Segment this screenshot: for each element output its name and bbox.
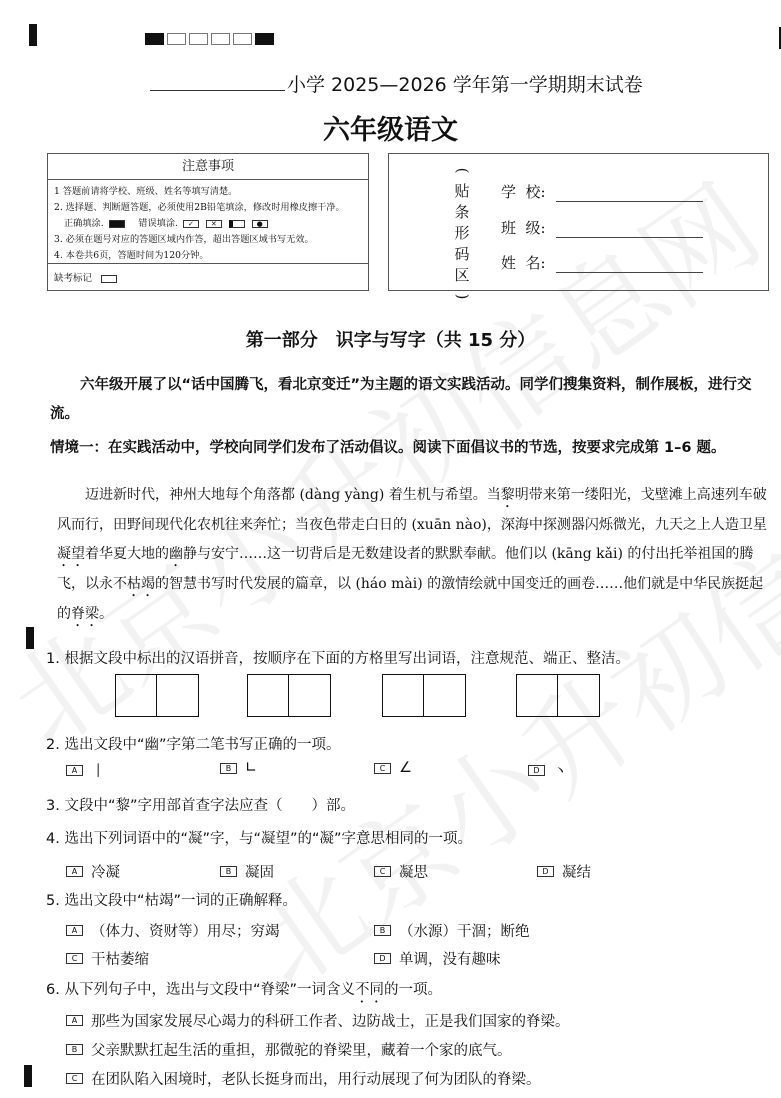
- alignment-mark: [24, 1065, 32, 1087]
- question-4: 4. 选出下列词语中的“凝”字，与“凝望”的“凝”字意思相同的一项。: [46, 827, 472, 848]
- class-input[interactable]: [556, 223, 703, 238]
- correct-fill-icon: [109, 220, 125, 228]
- school-input[interactable]: [556, 187, 703, 202]
- name-field: 姓 名:: [501, 252, 703, 273]
- option-2b[interactable]: B∟: [220, 760, 257, 776]
- subject-title: 六年级语文: [0, 108, 781, 147]
- option-6c[interactable]: C在团队陷入困境时，老队长挺身而出，用行动展现了何为团队的脊梁。: [66, 1068, 541, 1089]
- answer-grid-1[interactable]: [115, 674, 199, 717]
- option-4c[interactable]: C凝思: [374, 861, 428, 882]
- answer-grid-3[interactable]: [382, 674, 466, 717]
- name-input[interactable]: [556, 258, 703, 273]
- school-field: 学 校:: [501, 181, 703, 202]
- exam-title: 小学 2025—2026 学年第一学期期末试卷: [150, 70, 643, 97]
- notice-box: 注意事项 1 答题前请将学校、班级、姓名等填写清楚。 2. 选择题、判断题答题，…: [47, 153, 369, 291]
- wrong-cross-icon: ✕: [206, 220, 222, 228]
- option-5a[interactable]: A（体力、资财等）用尽；穷竭: [66, 920, 280, 941]
- option-5b[interactable]: B（水源）干涸；断绝: [374, 920, 530, 941]
- wrong-check-icon: ✓: [183, 220, 199, 228]
- option-4b[interactable]: B凝固: [220, 861, 274, 882]
- fill-example: 正确填涂. 错误填涂. ✓ ✕ ●: [54, 216, 362, 232]
- question-6: 6. 从下列句子中，选出与文段中“脊梁”一词含义不同的一项。: [46, 978, 442, 1006]
- class-field: 班 级:: [501, 217, 703, 238]
- absent-mark: 缺考标记: [48, 264, 368, 290]
- wrong-dot-icon: ●: [252, 220, 268, 228]
- notice-heading: 注意事项: [48, 154, 368, 180]
- notice-item: 2. 选择题、判断题答题，必须使用2B铅笔填涂，修改时用橡皮擦干净。: [54, 200, 362, 216]
- option-6b[interactable]: B父亲默默扛起生活的重担，那微驼的脊梁里，藏着一个家的底气。: [66, 1039, 512, 1060]
- absent-checkbox[interactable]: [101, 275, 117, 283]
- option-4d[interactable]: D凝结: [537, 861, 591, 882]
- alignment-mark: [26, 627, 34, 649]
- section-intro: 六年级开展了以“话中国腾飞，看北京变迁”为主题的语文实践活动。同学们搜集资料，制…: [50, 371, 765, 429]
- question-3: 3. 文段中“黎”字用部首查字法应查（ ）部。: [46, 794, 355, 815]
- notice-item: 3. 必须在题号对应的答题区域内作答，超出答题区域书写无效。: [54, 232, 362, 248]
- notice-item: 1 答题前请将学校、班级、姓名等填写清楚。: [54, 184, 362, 200]
- answer-grid-4[interactable]: [516, 674, 600, 717]
- school-name-blank[interactable]: [150, 90, 285, 91]
- notice-item: 4. 本卷共6页，答题时间为120分钟。: [54, 248, 362, 264]
- option-4a[interactable]: A冷凝: [66, 861, 120, 882]
- option-5d[interactable]: D单调，没有趣味: [374, 948, 501, 969]
- option-2a[interactable]: A丨: [66, 760, 106, 781]
- question-1: 1. 根据文段中标出的汉语拼音，按顺序在下面的方格里写出词语，注意规范、端正、整…: [46, 647, 630, 668]
- option-6a[interactable]: A那些为国家发展尽心竭力的科研工作者、边防战士，正是我们国家的脊梁。: [66, 1010, 570, 1031]
- question-5: 5. 选出文段中“枯竭”一词的正确解释。: [46, 889, 297, 910]
- question-2: 2. 选出文段中“幽”字第二笔书写正确的一项。: [46, 733, 340, 754]
- barcode-area: ( 贴 条 形 码 区 ) 学 校: 班 级: 姓 名:: [388, 153, 769, 291]
- page-code-bar: [145, 33, 274, 45]
- option-5c[interactable]: C干枯萎缩: [66, 948, 149, 969]
- wrong-partial-icon: [229, 220, 245, 228]
- option-2c[interactable]: C∠: [374, 760, 412, 776]
- section-title: 第一部分 识字与写字（共 15 分）: [0, 326, 781, 352]
- alignment-mark: [29, 24, 37, 46]
- barcode-label: ( 贴 条 形 码 区 ): [452, 160, 472, 307]
- scenario-text: 情境一：在实践活动中，学校向同学们发布了活动倡议。阅读下面倡议书的节选，按要求完…: [50, 434, 765, 463]
- option-2d[interactable]: D丶: [528, 760, 568, 781]
- reading-passage: 迈进新时代，神州大地每个角落都 (dàng yàng) 着生机与希望。当黎明带来…: [57, 481, 767, 630]
- answer-grid-2[interactable]: [247, 674, 331, 717]
